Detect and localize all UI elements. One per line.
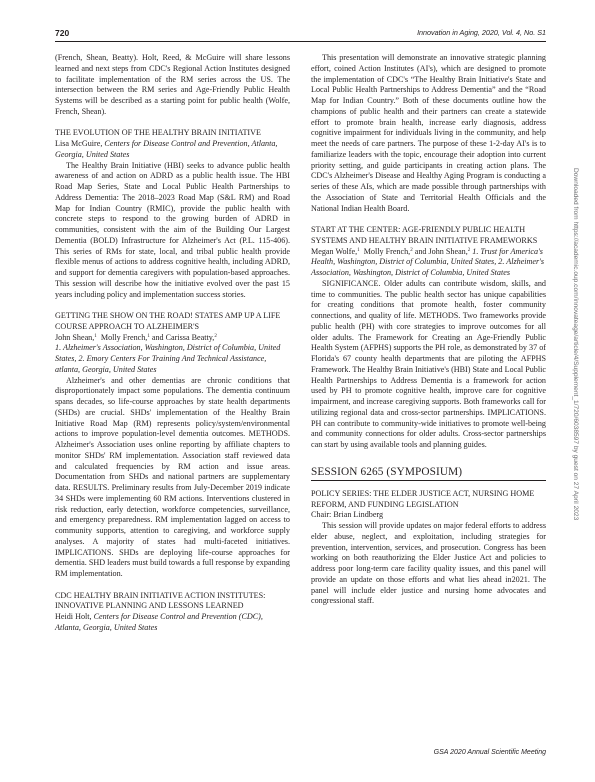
abstract: GETTING THE SHOW ON THE ROAD! STATES AMP…: [55, 311, 290, 580]
author-name: Molly French,: [364, 247, 411, 256]
author-name: Heidi Holt,: [55, 612, 94, 621]
abstract-title: CDC HEALTHY BRAIN INITIATIVE ACTION INST…: [55, 591, 290, 613]
author-name: and John Shean,: [415, 247, 468, 256]
affiliation-marker: 2: [214, 334, 217, 339]
author-line: Heidi Holt, Centers for Disease Control …: [55, 612, 290, 634]
session-chair: Chair: Brian Lindberg: [311, 510, 546, 521]
left-column: (French, Shean, Beatty). Holt, Reed, & M…: [55, 53, 290, 634]
abstract: CDC HEALTHY BRAIN INITIATIVE ACTION INST…: [55, 591, 290, 634]
affiliation-marker: 1: [94, 334, 97, 339]
download-watermark: Downloaded from https://academic.oup.com…: [569, 168, 581, 608]
affiliation-marker: 1: [357, 248, 360, 253]
footer-meeting: GSA 2020 Annual Scientific Meeting: [434, 749, 546, 756]
author-line: Megan Wolfe,1 Molly French,2 and John Sh…: [311, 247, 546, 279]
abstract: THE EVOLUTION OF THE HEALTHY BRAIN INITI…: [55, 128, 290, 300]
session-heading: SESSION 6265 (SYMPOSIUM): [311, 465, 546, 481]
symposium-body: This session will provide updates on maj…: [311, 521, 546, 607]
affiliation-marker: 2: [468, 248, 471, 253]
header-rule: [55, 41, 546, 42]
author-line: John Shean,1 Molly French,1 and Carissa …: [55, 333, 290, 376]
symposium: POLICY SERIES: THE ELDER JUSTICE ACT, NU…: [311, 489, 546, 607]
abstract-title: START AT THE CENTER: AGE-FRIENDLY PUBLIC…: [311, 225, 546, 247]
journal-reference: Innovation in Aging, 2020, Vol. 4, No. S…: [417, 28, 546, 37]
abstract-title: THE EVOLUTION OF THE HEALTHY BRAIN INITI…: [55, 128, 290, 139]
right-column: This presentation will demonstrate an in…: [311, 53, 546, 607]
watermark-text: Downloaded from https://academic.oup.com…: [572, 168, 579, 520]
page-number: 720: [55, 28, 69, 38]
affiliation-marker: 2: [410, 248, 413, 253]
author-name: John Shean,: [55, 333, 94, 342]
continued-paragraph: (French, Shean, Beatty). Holt, Reed, & M…: [55, 53, 290, 118]
running-header: 720 Innovation in Aging, 2020, Vol. 4, N…: [55, 25, 546, 41]
continued-abstract-body: This presentation will demonstrate an in…: [311, 53, 546, 214]
spacer: [311, 481, 546, 489]
author-line: Lisa McGuire, Centers for Disease Contro…: [55, 139, 290, 161]
symposium-title: POLICY SERIES: THE ELDER JUSTICE ACT, NU…: [311, 489, 546, 511]
abstract-body: Alzheimer's and other dementias are chro…: [55, 376, 290, 580]
affiliation-marker: 1: [147, 334, 150, 339]
author-name: Lisa McGuire,: [55, 139, 104, 148]
abstract-body: SIGNIFICANCE. Older adults can contribut…: [311, 279, 546, 451]
abstract: START AT THE CENTER: AGE-FRIENDLY PUBLIC…: [311, 225, 546, 451]
abstract-title: GETTING THE SHOW ON THE ROAD! STATES AMP…: [55, 311, 290, 333]
author-name: and Carissa Beatty,: [152, 333, 214, 342]
affiliation: 1. Alzheimer's Association, Washington, …: [55, 343, 280, 374]
author-name: Molly French,: [101, 333, 148, 342]
abstract-body: The Healthy Brain Initiative (HBI) seeks…: [55, 161, 290, 301]
author-name: Megan Wolfe,: [311, 247, 357, 256]
